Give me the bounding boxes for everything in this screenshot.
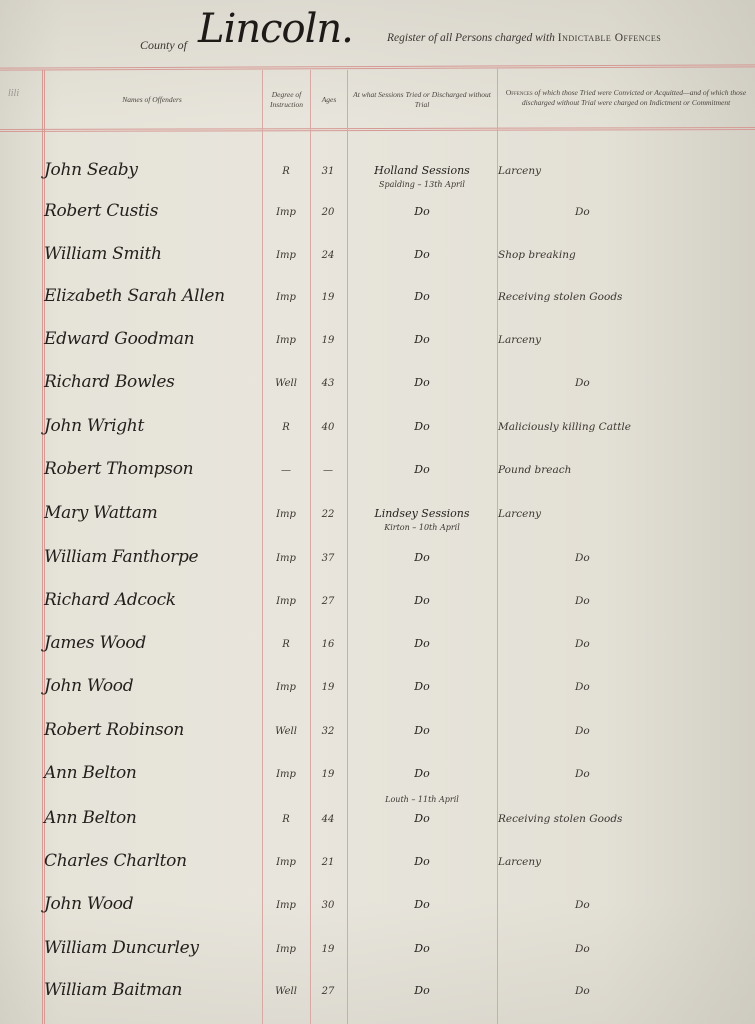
- offender-name: Robert Robinson: [44, 720, 184, 740]
- session-tried: Do: [348, 812, 496, 825]
- degree-of-instruction: —: [264, 465, 308, 476]
- age: 37: [311, 553, 345, 564]
- offender-name: Charles Charlton: [44, 851, 187, 871]
- session-tried: Do: [348, 551, 496, 564]
- offender-name: Ann Belton: [44, 763, 137, 783]
- age: 31: [311, 166, 345, 177]
- register-title-caps: Indictable Offences: [558, 32, 661, 44]
- offence: Do: [575, 899, 590, 911]
- session-tried: Lindsey Sessions: [348, 507, 496, 520]
- session-tried: Do: [348, 248, 496, 261]
- table-row: James WoodR16DoDo: [0, 625, 755, 667]
- offence: Do: [575, 595, 590, 607]
- col-header-offences: Offences of which those Tried were Convi…: [502, 70, 750, 126]
- col-header-offences-caps: Offences: [506, 88, 533, 97]
- offender-name: William Baitman: [44, 980, 182, 1000]
- age: 40: [311, 422, 345, 433]
- degree-of-instruction: R: [264, 814, 308, 825]
- col-header-ages: Ages: [311, 72, 347, 128]
- degree-of-instruction: Imp: [264, 900, 308, 911]
- offender-name: Mary Wattam: [44, 503, 157, 523]
- offence: Larceny: [498, 856, 541, 868]
- offence: Pound breach: [498, 464, 571, 476]
- register-title-prefix: Register of all Persons charged with: [387, 32, 555, 44]
- degree-of-instruction: Well: [264, 726, 308, 737]
- offence: Shop breaking: [498, 249, 576, 261]
- offence: Do: [575, 725, 590, 737]
- offence: Larceny: [498, 508, 541, 520]
- col-header-degree: Degree of Instruction: [263, 72, 310, 128]
- age: 19: [311, 292, 345, 303]
- offence: Do: [575, 681, 590, 693]
- offence: Larceny: [498, 334, 541, 346]
- session-place-date: Spalding – 13th April: [348, 180, 496, 189]
- session-tried: Do: [348, 376, 496, 389]
- offender-name: Edward Goodman: [44, 329, 194, 349]
- age: 21: [311, 857, 345, 868]
- degree-of-instruction: Imp: [264, 553, 308, 564]
- table-row: Charles CharltonImp21DoLarceny: [0, 843, 755, 885]
- offender-name: Ann Belton: [44, 808, 137, 828]
- table-row: John WoodImp30DoDo: [0, 886, 755, 928]
- degree-of-instruction: R: [264, 166, 308, 177]
- county-name: Lincoln.: [198, 6, 353, 52]
- offence: Receiving stolen Goods: [498, 813, 622, 825]
- offender-name: John Wood: [44, 676, 133, 696]
- table-row: William BaitmanWell27DoDo: [0, 972, 755, 1014]
- offender-name: William Smith: [44, 244, 162, 264]
- session-place-date: Kirton – 10th April: [348, 523, 496, 532]
- county-prefix: County of: [140, 38, 187, 53]
- degree-of-instruction: Imp: [264, 857, 308, 868]
- session-tried: Do: [348, 767, 496, 780]
- degree-of-instruction: Imp: [264, 682, 308, 693]
- age: 20: [311, 207, 345, 218]
- table-row: William FanthorpeImp37DoDo: [0, 539, 755, 581]
- session-tried: Do: [348, 984, 496, 997]
- session-tried: Do: [348, 942, 496, 955]
- degree-of-instruction: R: [264, 639, 308, 650]
- offender-name: Robert Custis: [44, 201, 158, 221]
- degree-of-instruction: Imp: [264, 335, 308, 346]
- degree-of-instruction: Imp: [264, 596, 308, 607]
- table-row: Elizabeth Sarah AllenImp19DoReceiving st…: [0, 278, 755, 320]
- col-header-sessions: At what Sessions Tried or Discharged wit…: [352, 72, 492, 128]
- offence: Do: [575, 552, 590, 564]
- age: 22: [311, 509, 345, 520]
- age: 43: [311, 378, 345, 389]
- offender-name: James Wood: [44, 633, 146, 653]
- register-title: Register of all Persons charged with Ind…: [387, 32, 661, 44]
- offence: Do: [575, 985, 590, 997]
- age: 27: [311, 596, 345, 607]
- degree-of-instruction: Imp: [264, 509, 308, 520]
- offence: Larceny: [498, 165, 541, 177]
- age: 19: [311, 682, 345, 693]
- table-row: William SmithImp24DoShop breaking: [0, 236, 755, 278]
- margin-note: lili: [8, 88, 19, 99]
- degree-of-instruction: Imp: [264, 769, 308, 780]
- table-row: Ann BeltonImp19DoDo: [0, 755, 755, 797]
- session-tried: Do: [348, 637, 496, 650]
- session-tried: Do: [348, 463, 496, 476]
- degree-of-instruction: Imp: [264, 207, 308, 218]
- offender-name: John Seaby: [44, 160, 138, 180]
- offender-name: Richard Adcock: [44, 590, 176, 610]
- age: 44: [311, 814, 345, 825]
- degree-of-instruction: Imp: [264, 292, 308, 303]
- age: 19: [311, 944, 345, 955]
- age: 30: [311, 900, 345, 911]
- col-header-offences-text: of which those Tried were Convicted or A…: [522, 88, 746, 107]
- degree-of-instruction: Imp: [264, 250, 308, 261]
- offence: Do: [575, 377, 590, 389]
- offence: Do: [575, 638, 590, 650]
- offence: Do: [575, 943, 590, 955]
- session-tried: Do: [348, 898, 496, 911]
- offender-name: William Duncurley: [44, 938, 199, 958]
- degree-of-instruction: Well: [264, 986, 308, 997]
- session-tried: Do: [348, 724, 496, 737]
- table-row: Ann BeltonR44DoReceiving stolen Goods: [0, 800, 755, 842]
- age: 16: [311, 639, 345, 650]
- col-header-names: Names of Offenders: [44, 72, 260, 128]
- offence: Receiving stolen Goods: [498, 291, 622, 303]
- session-tried: Do: [348, 420, 496, 433]
- table-row: Robert CustisImp20DoDo: [0, 193, 755, 235]
- table-row: Robert Thompson——DoPound breach: [0, 451, 755, 493]
- session-tried: Do: [348, 855, 496, 868]
- degree-of-instruction: Imp: [264, 944, 308, 955]
- offender-name: John Wood: [44, 894, 133, 914]
- age: 32: [311, 726, 345, 737]
- offence: Do: [575, 768, 590, 780]
- offender-name: John Wright: [44, 416, 144, 436]
- offender-name: Elizabeth Sarah Allen: [44, 286, 225, 306]
- table-row: Richard AdcockImp27DoDo: [0, 582, 755, 624]
- offence: Maliciously killing Cattle: [498, 421, 631, 433]
- offence: Do: [575, 206, 590, 218]
- session-tried: Do: [348, 290, 496, 303]
- degree-of-instruction: Well: [264, 378, 308, 389]
- session-tried: Holland Sessions: [348, 164, 496, 177]
- table-row: John WoodImp19DoDo: [0, 668, 755, 710]
- age: 24: [311, 250, 345, 261]
- table-row: Edward GoodmanImp19DoLarceny: [0, 321, 755, 363]
- offender-name: Richard Bowles: [44, 372, 175, 392]
- age: —: [311, 465, 345, 476]
- table-row: William DuncurleyImp19DoDo: [0, 930, 755, 972]
- table-row: John WrightR40DoMaliciously killing Catt…: [0, 408, 755, 450]
- session-tried: Do: [348, 594, 496, 607]
- offender-name: William Fanthorpe: [44, 547, 198, 567]
- offender-name: Robert Thompson: [44, 459, 193, 479]
- session-tried: Do: [348, 205, 496, 218]
- degree-of-instruction: R: [264, 422, 308, 433]
- session-tried: Do: [348, 680, 496, 693]
- session-tried: Do: [348, 333, 496, 346]
- page-title-row: County of Lincoln. Register of all Perso…: [0, 0, 755, 66]
- table-row: Richard BowlesWell43DoDo: [0, 364, 755, 406]
- table-row: Robert RobinsonWell32DoDo: [0, 712, 755, 754]
- age: 19: [311, 335, 345, 346]
- age: 19: [311, 769, 345, 780]
- age: 27: [311, 986, 345, 997]
